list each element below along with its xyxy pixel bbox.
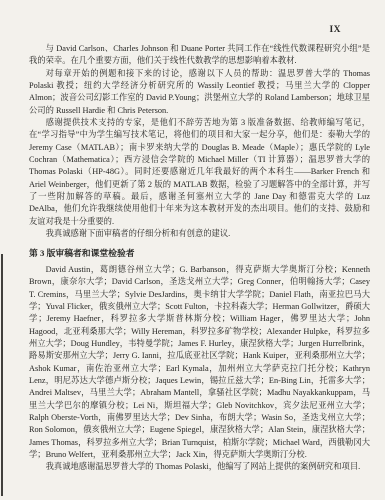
paragraph-technical-support: 感谢提供技术支持的专家，是他们不辞劳苦地为第 3 版准备数据、给教师编写笔记，在… bbox=[29, 117, 370, 228]
paragraph-reviewers-thanks: 我真诚感谢下面审稿者的仔细分析和有创意的建议. bbox=[29, 228, 370, 240]
scan-edge-artifact bbox=[1, 254, 3, 496]
paragraph-website-thanks: 我真诚地感谢温思罗普大学的 Thomas Polaski，他编写了网站上提供的案… bbox=[29, 461, 370, 473]
paragraph-chapter-help: 对每章开始的例题和接下来的讨论，感谢以下人员的帮助：温思罗普大学的 Thomas… bbox=[29, 68, 370, 117]
section-heading-reviewers: 第 3 版审稿者和课堂检验者 bbox=[29, 247, 370, 259]
scanned-book-page: IX 与 David Carlson、Charles Johnson 和 Dua… bbox=[0, 0, 385, 500]
paragraph-collaboration: 与 David Carlson、Charles Johnson 和 Duane … bbox=[29, 43, 370, 68]
page-number: IX bbox=[329, 25, 341, 35]
paragraph-reviewers-list: David Austin，葛朗德谷州立大学；G. Barbanson，得克萨斯大… bbox=[29, 264, 370, 462]
page-content: 与 David Carlson、Charles Johnson 和 Duane … bbox=[29, 43, 370, 474]
